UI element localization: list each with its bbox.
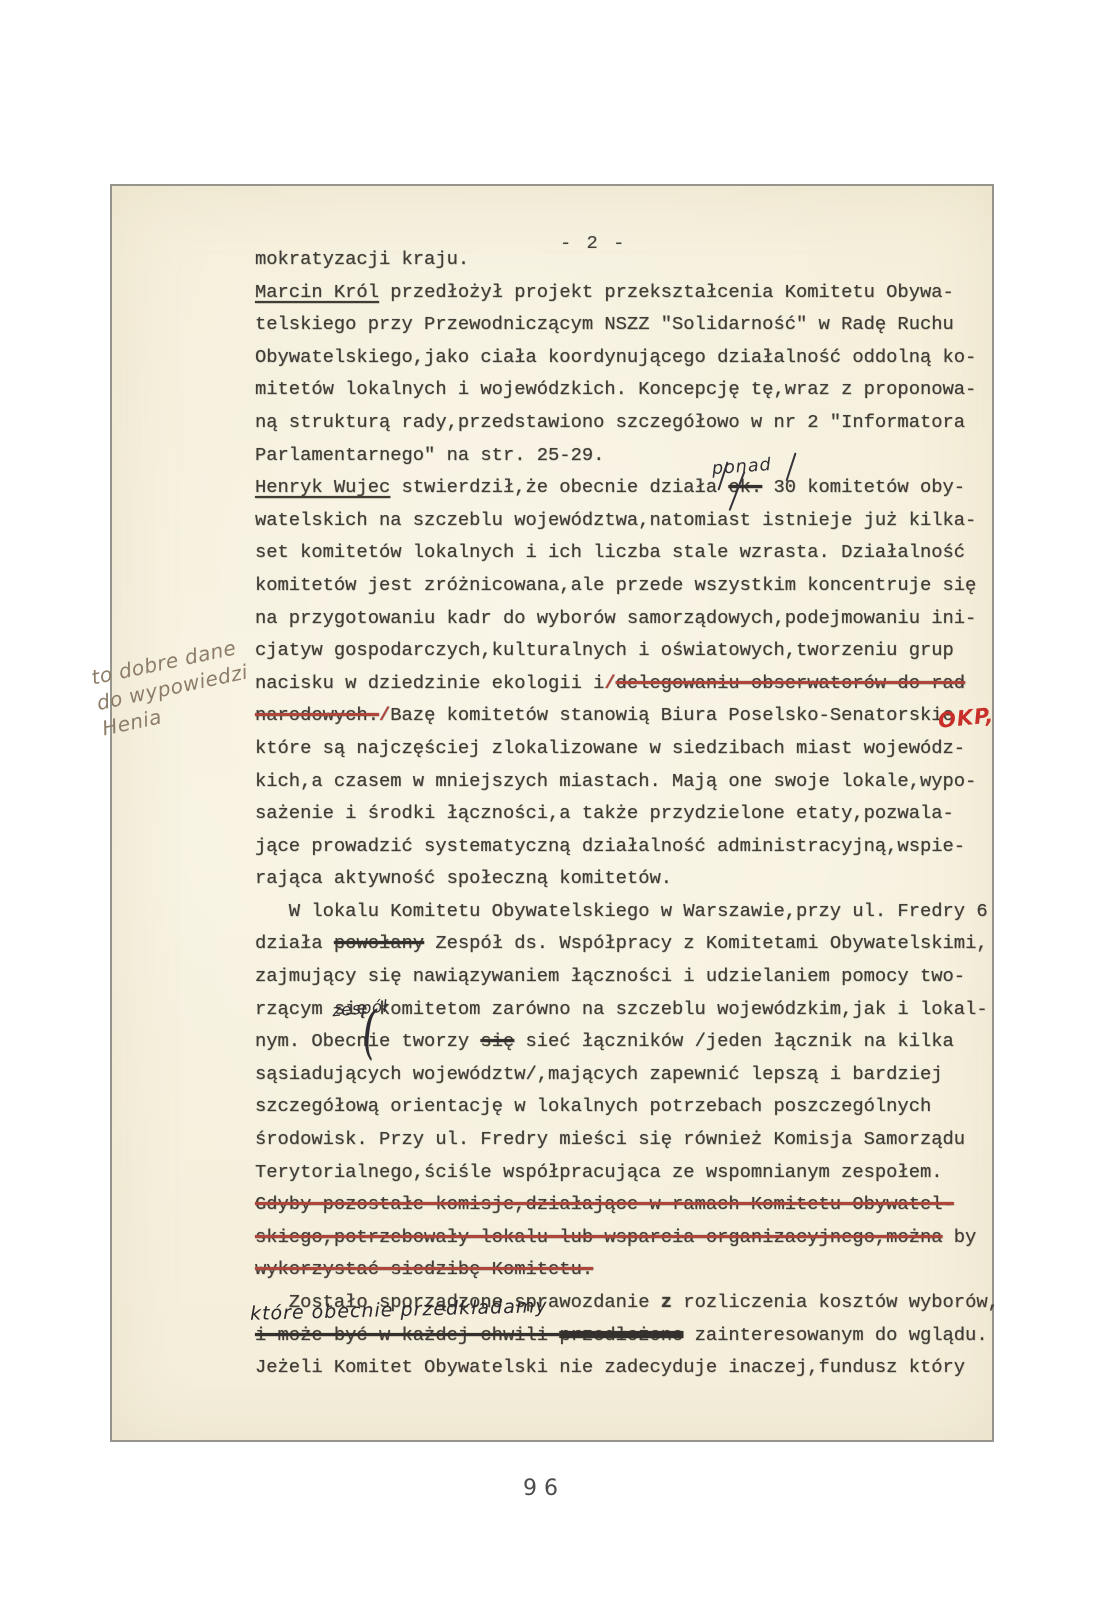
typed-line: Parlamentarnego" na str. 25-29.	[255, 439, 993, 472]
typed-line: środowisk. Przy ul. Fredry mieści się ró…	[255, 1123, 993, 1156]
typed-line: Terytorialnego,ściśle współpracująca ze …	[255, 1156, 993, 1189]
typed-line: mokratyzacji kraju.	[255, 243, 993, 276]
typed-line: watelskich na szczeblu województwa,natom…	[255, 504, 993, 537]
typed-line: nacisku w dziedzinie ekologii i/delegowa…	[255, 667, 993, 700]
typed-line: Jeżeli Komitet Obywatelski nie zadecyduj…	[255, 1351, 993, 1384]
typed-line: rająca aktywność społeczną komitetów.	[255, 862, 993, 895]
typed-line: i może być w każdej chwili przedłożone z…	[255, 1319, 993, 1352]
typed-line: narodowych./Bazę komitetów stanowią Biur…	[255, 699, 993, 732]
typed-line: telskiego przy Przewodniczącym NSZZ "Sol…	[255, 308, 993, 341]
typed-line: wykorzystać siedzibę Komitetu.	[255, 1253, 993, 1286]
typed-text-block: mokratyzacji kraju.Marcin Król przedłoży…	[255, 243, 993, 1384]
scanned-page: - 2 - mokratyzacji kraju.Marcin Król prz…	[110, 184, 994, 1442]
typed-line: Marcin Król przedłożył projekt przekszta…	[255, 276, 993, 309]
typed-line: działa powołany Zespół ds. Współpracy z …	[255, 927, 993, 960]
typed-line: szczegółową orientację w lokalnych potrz…	[255, 1090, 993, 1123]
typed-line: Henryk Wujec stwierdził,że obecnie dział…	[255, 471, 993, 504]
typed-line: mitetów lokalnych i wojewódzkich. Koncep…	[255, 373, 993, 406]
typed-line: cjatyw gospodarczych,kulturalnych i oświ…	[255, 634, 993, 667]
typed-line: W lokalu Komitetu Obywatelskiego w Warsz…	[255, 895, 993, 928]
typed-line: komitetów jest zróżnicowana,ale przede w…	[255, 569, 993, 602]
typed-line: Obywatelskiego,jako ciała koordynującego…	[255, 341, 993, 374]
document-scan-view: { "page": { "header_number": "- 2 -", "f…	[0, 0, 1103, 1600]
typed-line: skiego,potrzebowały lokalu lub wsparcia …	[255, 1221, 993, 1254]
typed-line: ną strukturą rady,przedstawiono szczegół…	[255, 406, 993, 439]
typed-line: na przygotowaniu kadr do wyborów samorzą…	[255, 602, 993, 635]
typed-line: które są najczęściej zlokalizowane w sie…	[255, 732, 993, 765]
typed-line: kich,a czasem w mniejszych miastach. Maj…	[255, 765, 993, 798]
typed-line: set komitetów lokalnych i ich liczba sta…	[255, 536, 993, 569]
page-footer-number: 96	[523, 1476, 565, 1501]
typed-line: Gdyby pozostałe komisje,działające w ram…	[255, 1188, 993, 1221]
typed-line: sażenie i środki łączności,a także przyd…	[255, 797, 993, 830]
typed-line: jące prowadzić systematyczną działalność…	[255, 830, 993, 863]
typed-line: zajmujący się nawiązywaniem łączności i …	[255, 960, 993, 993]
